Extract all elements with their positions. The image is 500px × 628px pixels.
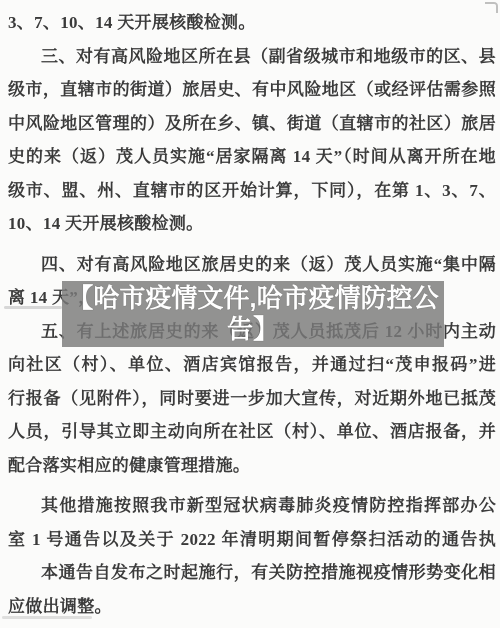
document-line: 3、7、10、14 天开展核酸检测。 [8,6,496,40]
document-line: 级市，直辖市的街道）旅居史、有中风险地区（或经评估需参照 [8,73,496,107]
document-line: 级市、盟、州、直辖市的区开始计算，下同），在第 1、3、7、 [8,174,496,208]
document-line: 配合落实相应的健康管理措施。 [8,449,496,483]
document-line: 其他措施按照我市新型冠状病毒肺炎疫情防控指挥部办公 [8,489,496,523]
document-line: 室 1 号通告以及关于 2022 年清明期间暂停祭扫活动的通告执行。 [8,523,496,557]
document-line: 中风险地区管理的）及所在乡、镇、街道（直辖市的社区）旅居 [8,107,496,141]
document-line: 本通告自发布之时起施行，有关防控措施视疫情形势变化相 [8,556,496,590]
document-line: 史的来（返）茂人员实施“居家隔离 14 天”（时间从离开所在地 [8,140,496,174]
scan-artifact-icon [485,2,498,13]
document-line: 四、对有高风险地区旅居史的来（返）茂人员实施“集中隔 [8,248,496,282]
document-line: 行报备（见附件），同时要进一步加大宣传，对近期外地已抵茂 [8,382,496,416]
document-line: 三、对有高风险地区所在县（副省级城市和地级市的区、县 [8,40,496,74]
scan-smudge [2,616,92,619]
scan-smudge [4,306,62,309]
scanned-notice-page: 3、7、10、14 天开展核酸检测。三、对有高风险地区所在县（副省级城市和地级市… [0,0,500,628]
document-line: 10、14 天开展核酸检测。 [8,207,496,241]
document-line: 向社区（村）、单位、酒店宾馆报告，并通过扫“茂申报码”进 [8,348,496,382]
document-line: 人员，引导其立即主动向所在社区（村）、单位、酒店报备，并 [8,415,496,449]
watermark-overlay: 【哈市疫情文件,哈市疫情防控公告】 [62,281,444,347]
watermark-text: 【哈市疫情文件,哈市疫情防控公告】 [62,281,444,345]
